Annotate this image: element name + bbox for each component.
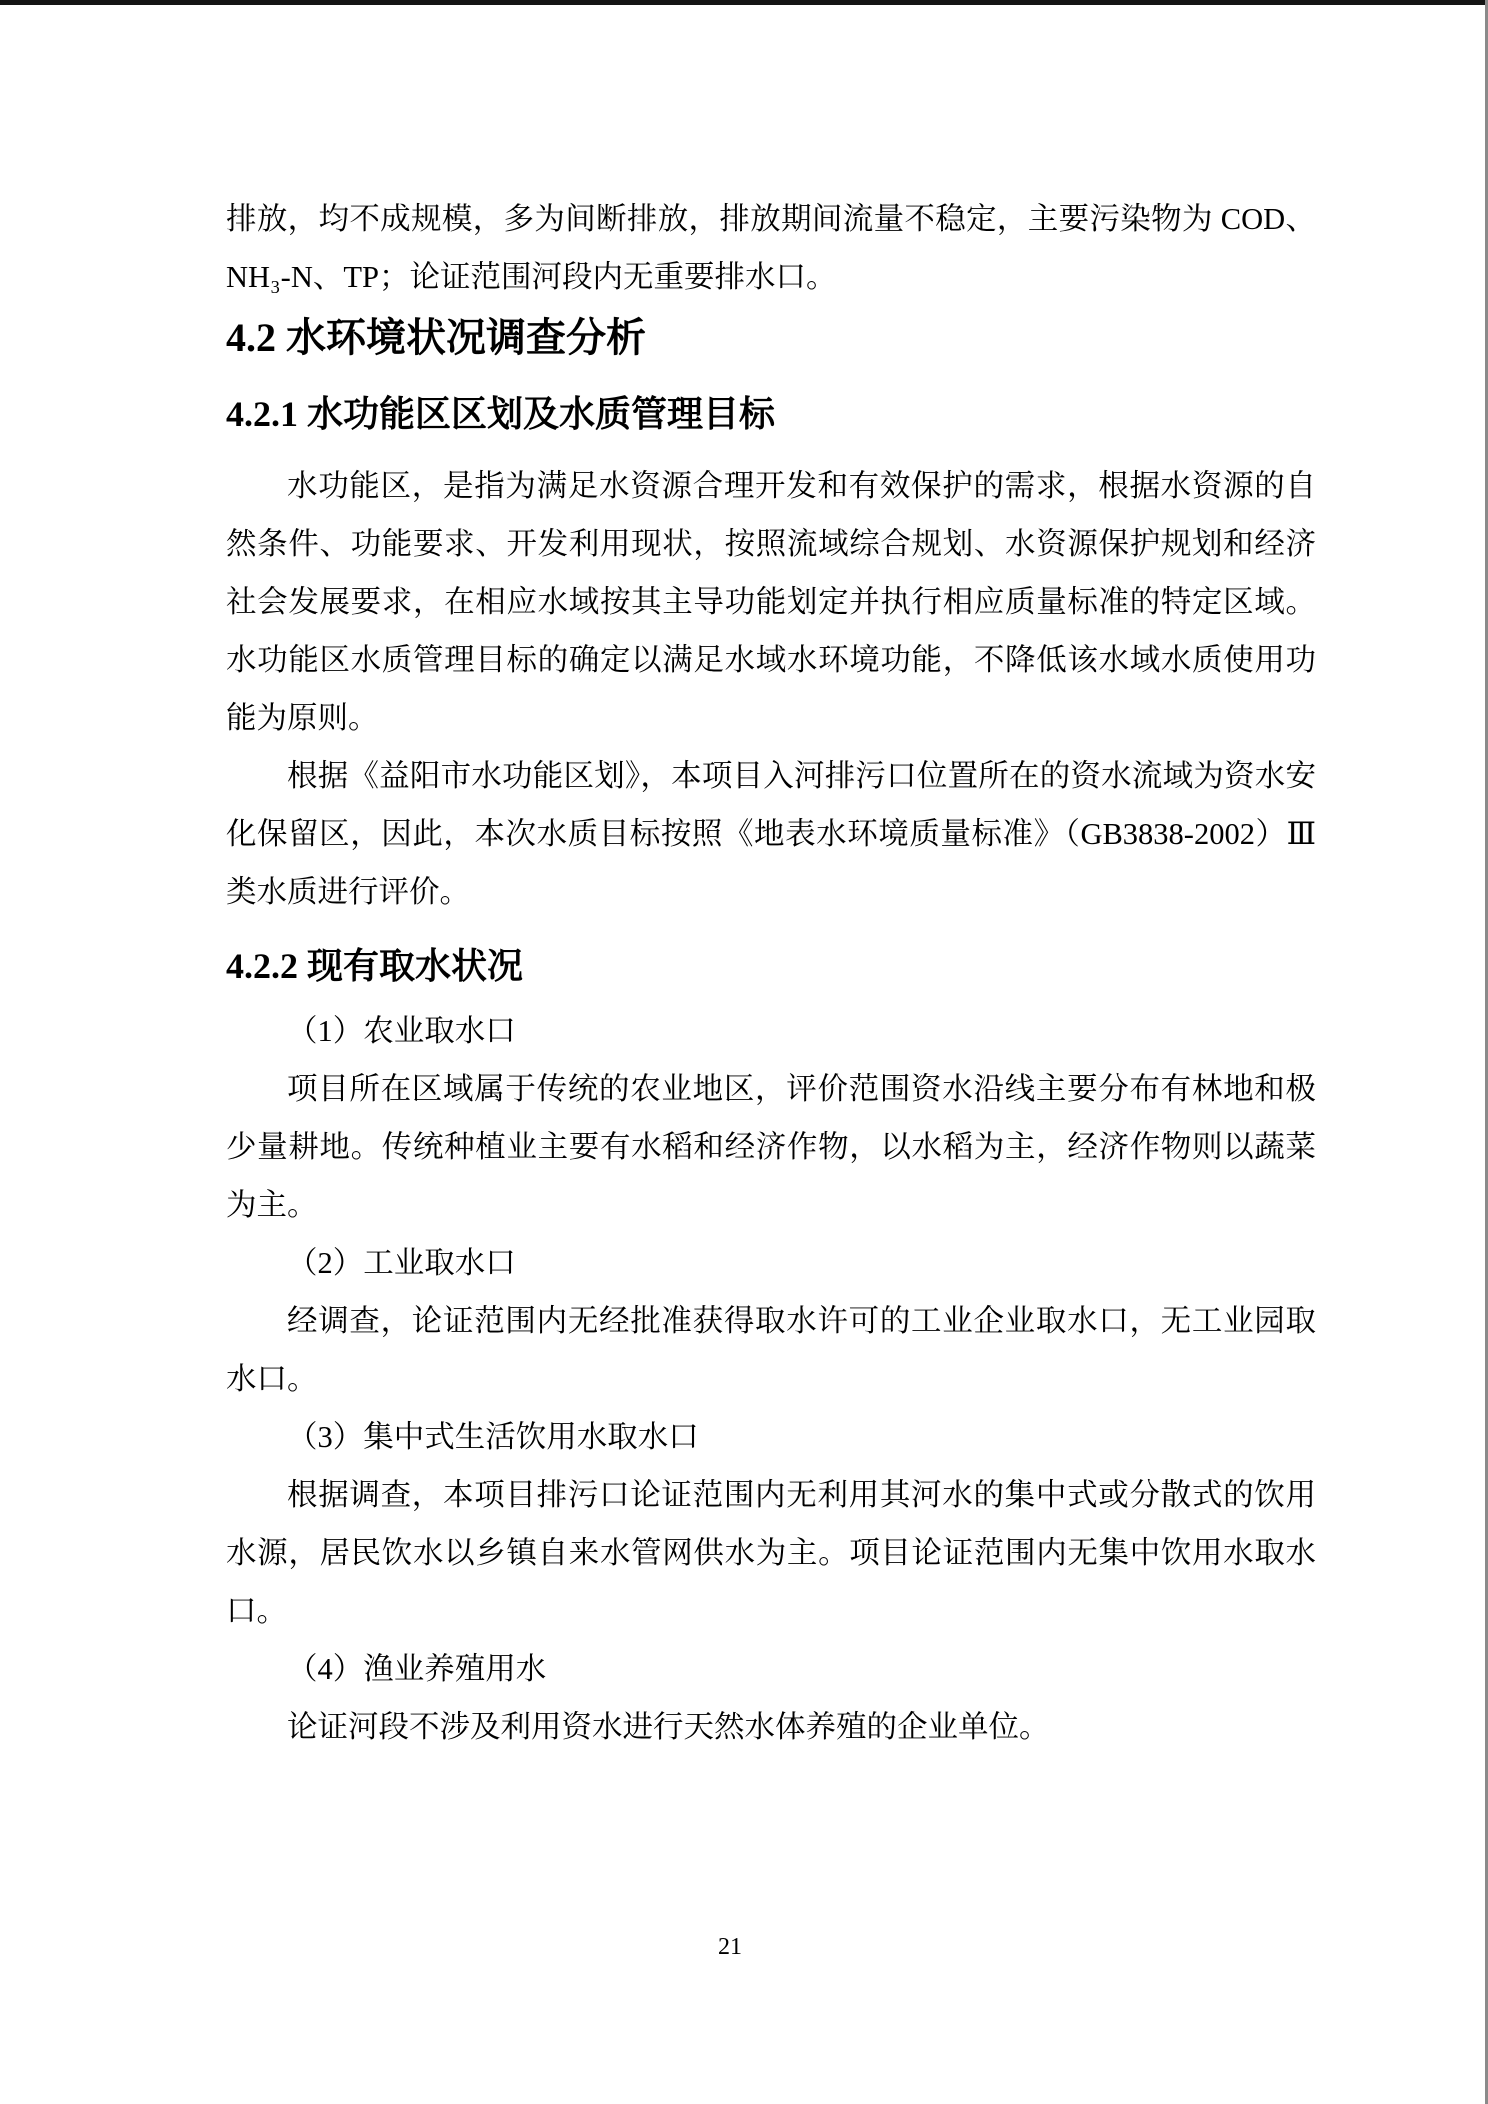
paragraph-fishery-water-detail: 论证河段不涉及利用资水进行天然水体养殖的企业单位。 (226, 1698, 1316, 1756)
heading-4-2-2-existing-water-intake: 4.2.2 现有取水状况 (226, 941, 1316, 991)
heading-4-2-1-water-function-zones: 4.2.1 水功能区区划及水质管理目标 (226, 389, 1316, 439)
page-top-edge (0, 0, 1488, 5)
item-4-fishery-water-title: （4）渔业养殖用水 (226, 1640, 1316, 1698)
paragraph-agricultural-intake-detail: 项目所在区域属于传统的农业地区，评价范围资水沿线主要分布有林地和极少量耕地。传统… (226, 1060, 1316, 1234)
item-1-agricultural-intake-title: （1）农业取水口 (226, 1002, 1316, 1060)
paragraph-industrial-intake-detail: 经调查，论证范围内无经批准获得取水许可的工业企业取水口，无工业园取水口。 (226, 1292, 1316, 1408)
paragraph-yiyang-zoning-standard: 根据《益阳市水功能区划》，本项目入河排污口位置所在的资水流域为资水安化保留区，因… (226, 747, 1316, 921)
paragraph-discharge-outlets: 排放，均不成规模，多为间断排放，排放期间流量不稳定，主要污染物为 COD、NH₃… (226, 190, 1316, 306)
item-3-drinking-water-intake-title: （3）集中式生活饮用水取水口 (226, 1408, 1316, 1466)
document-page: 排放，均不成规模，多为间断排放，排放期间流量不稳定，主要污染物为 COD、NH₃… (0, 0, 1488, 2104)
paragraph-drinking-water-intake-detail: 根据调查，本项目排污口论证范围内无利用其河水的集中式或分散式的饮用水源，居民饮水… (226, 1466, 1316, 1640)
page-content: 排放，均不成规模，多为间断排放，排放期间流量不稳定，主要污染物为 COD、NH₃… (226, 190, 1316, 1756)
paragraph-water-function-zone-definition: 水功能区，是指为满足水资源合理开发和有效保护的需求，根据水资源的自然条件、功能要… (226, 457, 1316, 747)
heading-4-2-water-environment-survey: 4.2 水环境状况调查分析 (226, 312, 1316, 364)
page-number: 21 (0, 1933, 1460, 1961)
item-2-industrial-intake-title: （2）工业取水口 (226, 1234, 1316, 1292)
